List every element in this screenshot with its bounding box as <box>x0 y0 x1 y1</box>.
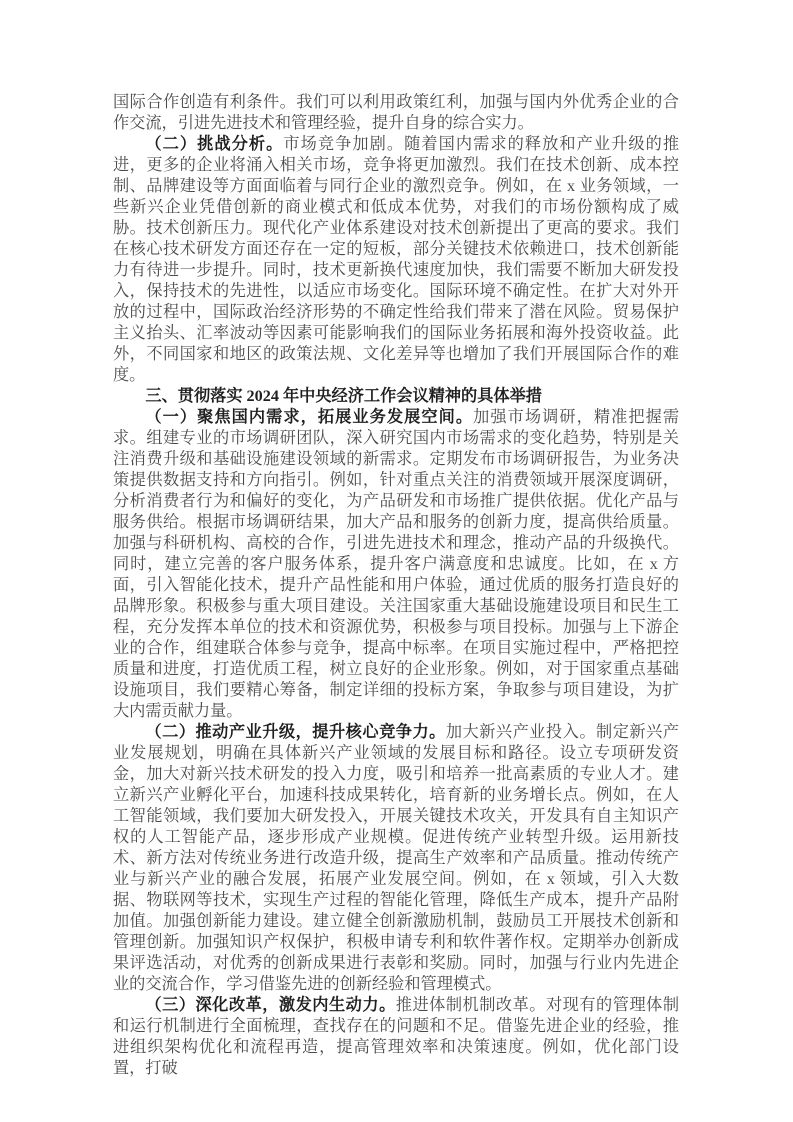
paragraph-lead: （三）深化改革，激发内生动力。 <box>145 996 395 1014</box>
paragraph: （一）聚焦国内需求，拓展业务发展空间。加强市场调研，精准把握需求。组建专业的市场… <box>113 407 679 722</box>
document-page: 国际合作创造有利条件。我们可以利用政策红利，加强与国内外优秀企业的合作交流，引进… <box>0 0 793 1122</box>
document-body: 国际合作创造有利条件。我们可以利用政策红利，加强与国内外优秀企业的合作交流，引进… <box>113 92 679 1079</box>
paragraph: 国际合作创造有利条件。我们可以利用政策红利，加强与国内外优秀企业的合作交流，引进… <box>113 92 679 134</box>
paragraph-text: 三、贯彻落实 2024 年中央经济工作会议精神的具体举措 <box>145 387 542 405</box>
paragraph-lead: （一）聚焦国内需求，拓展业务发展空间。 <box>145 408 473 426</box>
paragraph-lead: （二）推动产业升级，提升核心竞争力。 <box>145 723 445 741</box>
paragraph-text: 加大新兴产业投入。制定新兴产业发展规划，明确在具体新兴产业领域的发展目标和路径。… <box>113 723 679 993</box>
section-heading: 三、贯彻落实 2024 年中央经济工作会议精神的具体举措 <box>113 386 679 407</box>
paragraph-text: 国际合作创造有利条件。我们可以利用政策红利，加强与国内外优秀企业的合作交流，引进… <box>113 93 679 132</box>
paragraph: （二）挑战分析。市场竞争加剧。随着国内需求的释放和产业升级的推进，更多的企业将涌… <box>113 134 679 386</box>
paragraph: （三）深化改革，激发内生动力。推进体制机制改革。对现有的管理体制和运行机制进行全… <box>113 995 679 1079</box>
paragraph: （二）推动产业升级，提升核心竞争力。加大新兴产业投入。制定新兴产业发展规划，明确… <box>113 722 679 995</box>
paragraph-lead: （二）挑战分析。 <box>145 135 283 153</box>
paragraph-text: 市场竞争加剧。随着国内需求的释放和产业升级的推进，更多的企业将涌入相关市场，竞争… <box>113 135 679 384</box>
paragraph-text: 加强市场调研，精准把握需求。组建专业的市场调研团队，深入研究国内市场需求的变化趋… <box>113 408 679 720</box>
